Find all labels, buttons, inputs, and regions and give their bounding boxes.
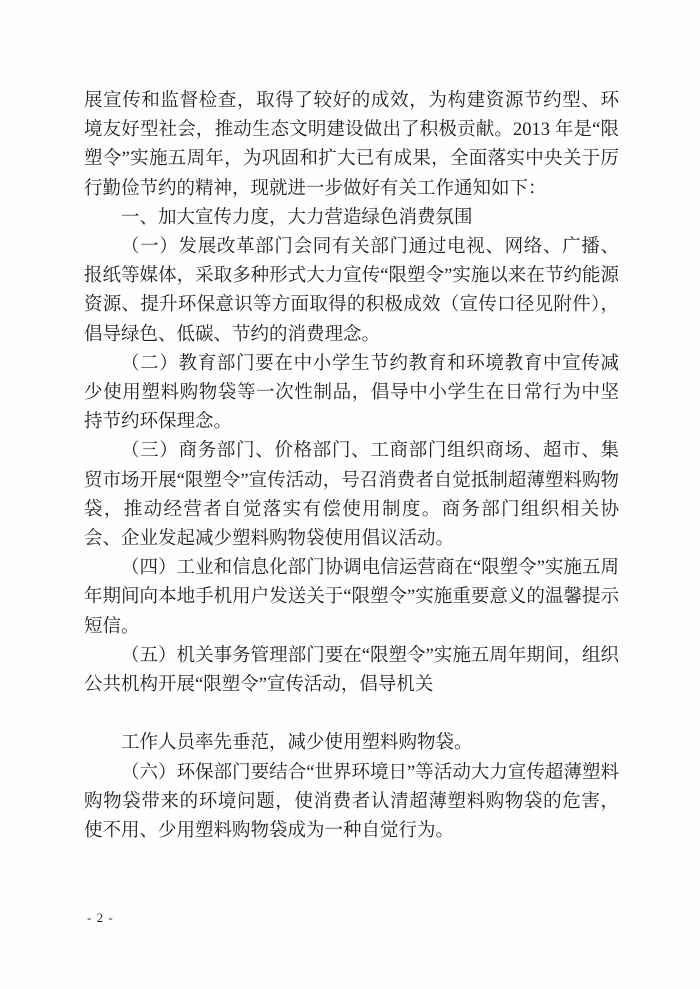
document-page: 展宣传和监督检查，取得了较好的成效，为构建资源节约型、环境友好型社会，推动生态文…: [0, 0, 700, 989]
document-body: 展宣传和监督检查，取得了较好的成效，为构建资源节约型、环境友好型社会，推动生态文…: [84, 87, 619, 846]
paragraph: 工作人员率先垂范，减少使用塑料购物袋。: [84, 729, 619, 758]
paragraph: 展宣传和监督检查，取得了较好的成效，为构建资源节约型、环境友好型社会，推动生态文…: [84, 87, 619, 204]
paragraph: （五）机关事务管理部门要在“限塑令”实施五周年期间，组织公共机构开展“限塑令”宣…: [84, 642, 619, 700]
paragraph: （六）环保部门要结合“世界环境日”等活动大力宣传超薄塑料购物袋带来的环境问题，使…: [84, 759, 619, 847]
paragraph: （三）商务部门、价格部门、工商部门组织商场、超市、集贸市场开展“限塑令”宣传活动…: [84, 437, 619, 554]
page-number: - 2 -: [87, 910, 114, 926]
paragraph: （二）教育部门要在中小学生节约教育和环境教育中宣传减少使用塑料购物袋等一次性制品…: [84, 350, 619, 438]
section-heading: 一、加大宣传力度，大力营造绿色消费氛围: [84, 204, 619, 233]
paragraph: （四）工业和信息化部门协调电信运营商在“限塑令”实施五周年期间向本地手机用户发送…: [84, 554, 619, 642]
paragraph: （一）发展改革部门会同有关部门通过电视、网络、广播、报纸等媒体，采取多种形式大力…: [84, 233, 619, 350]
